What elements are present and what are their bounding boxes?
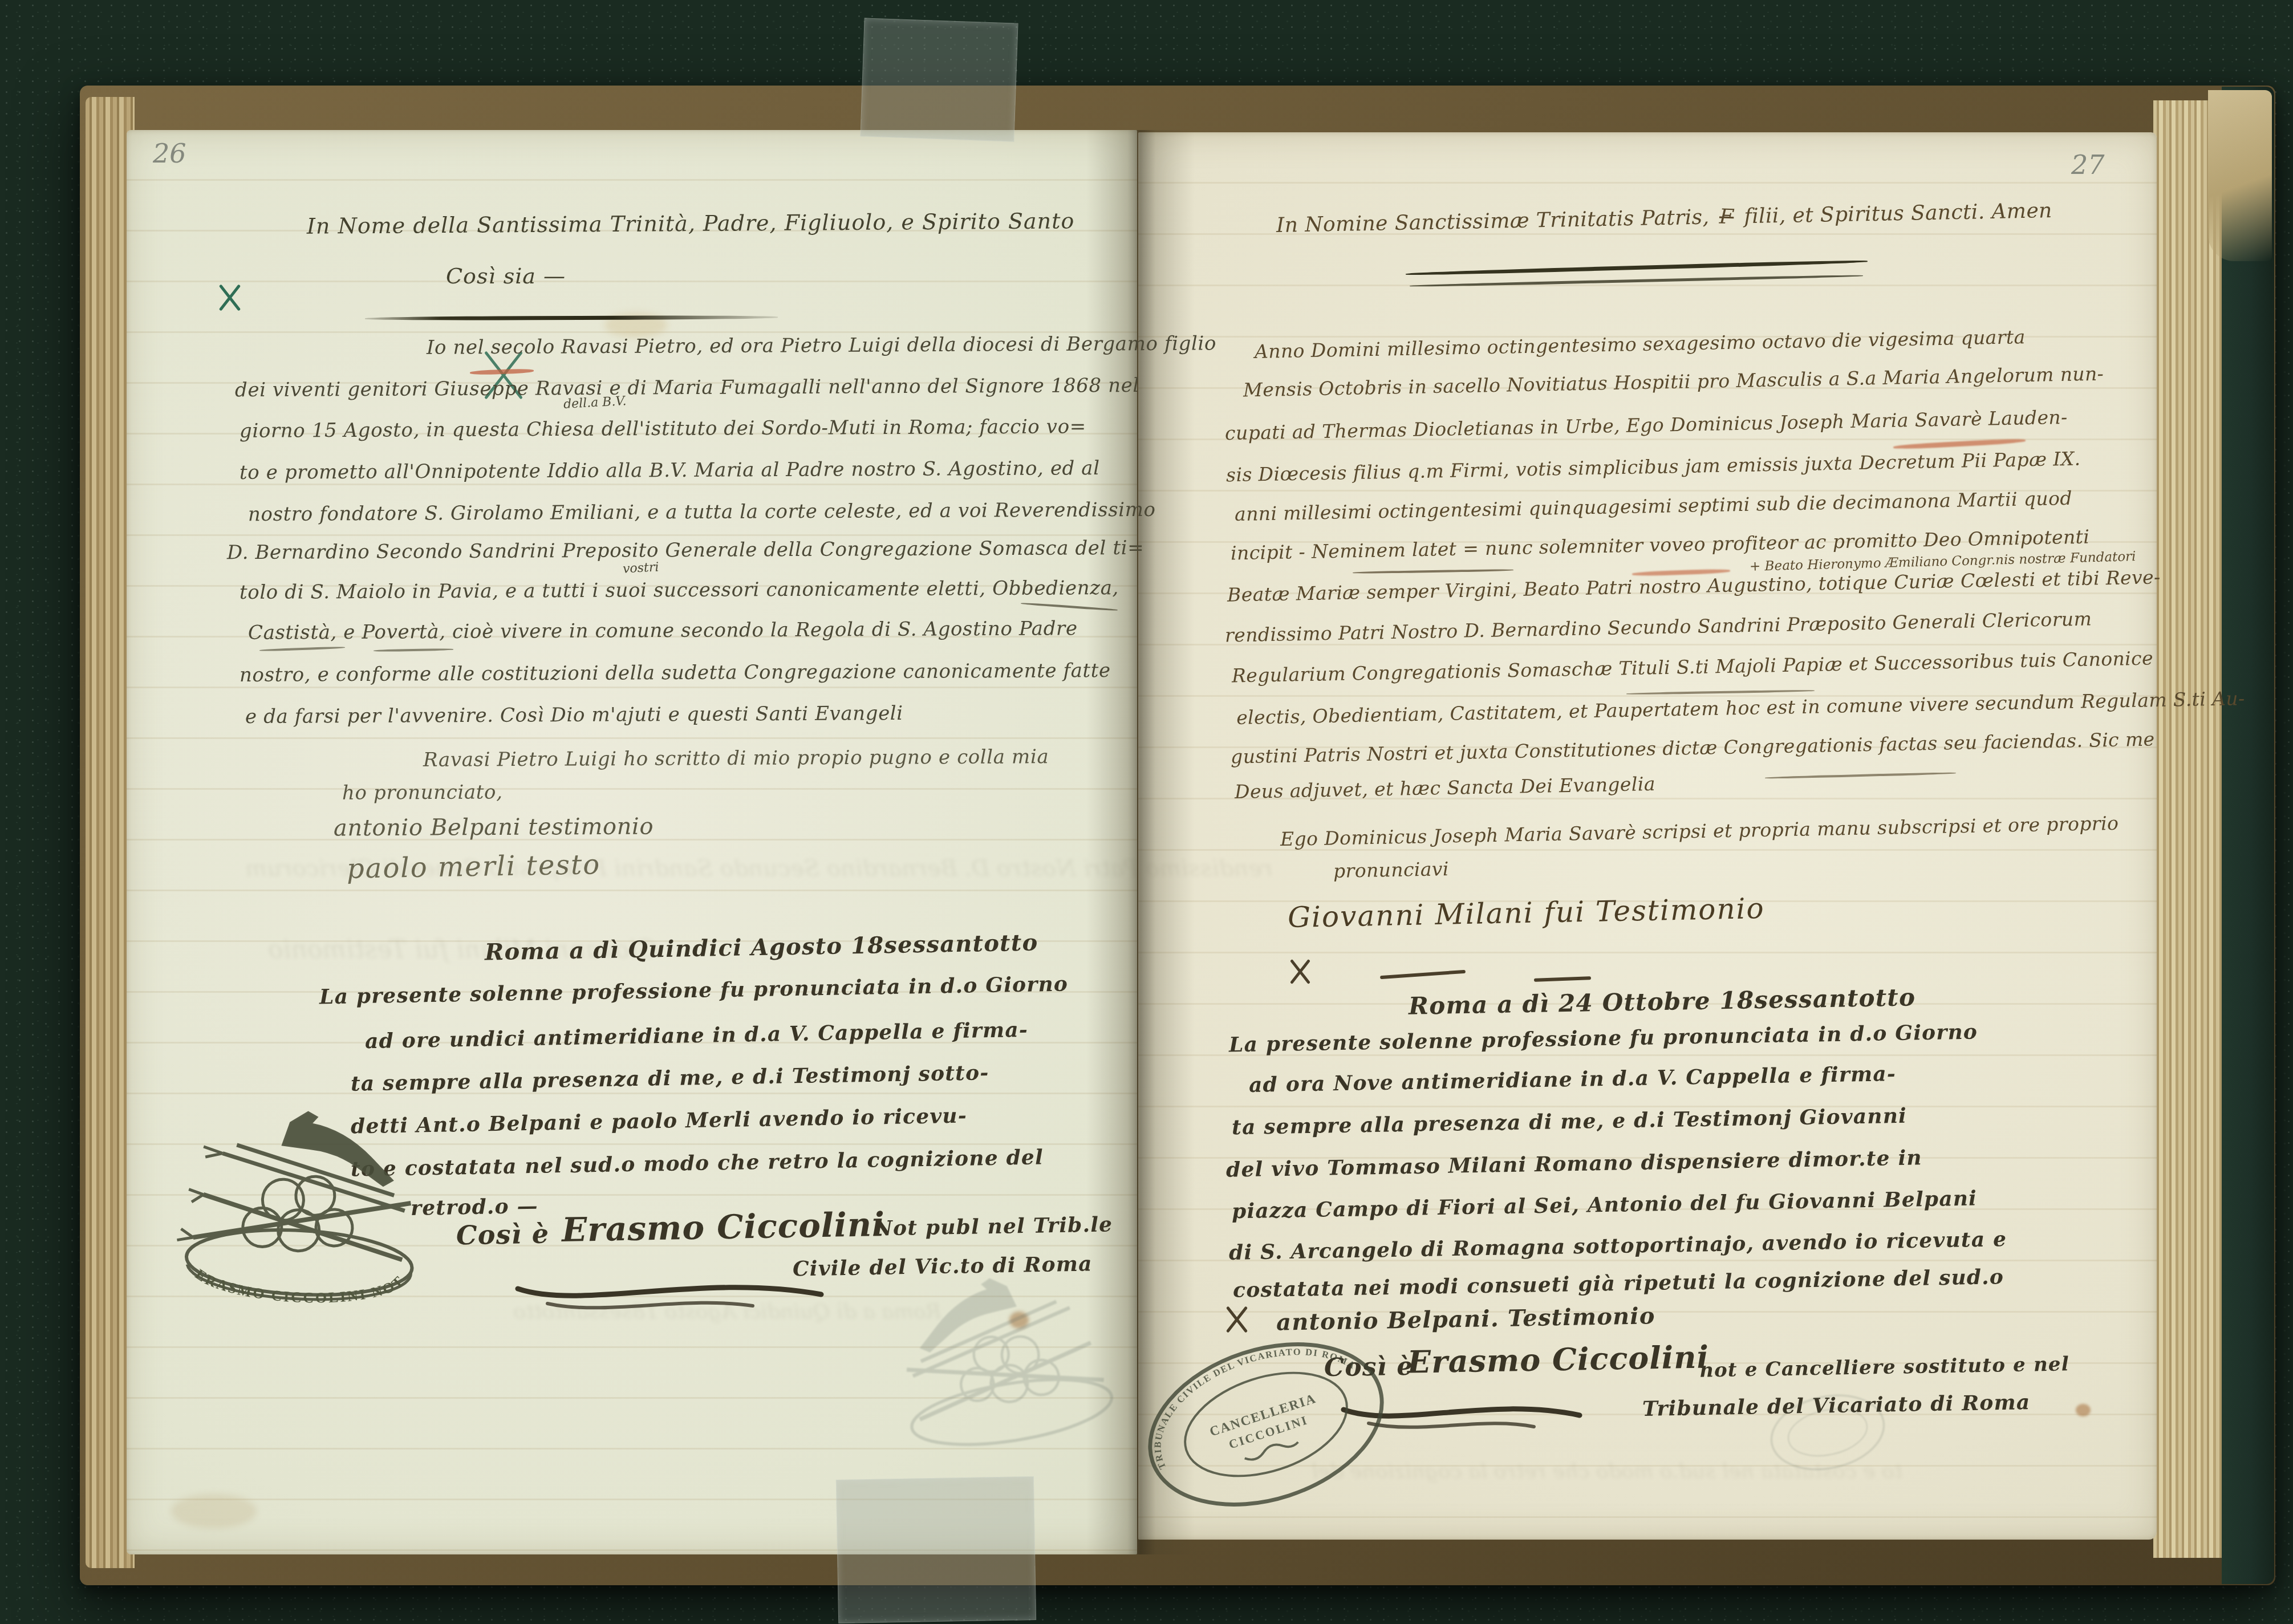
- manuscript-line: nostro fondatore S. Girolamo Emiliani, e…: [248, 498, 1156, 526]
- cancelled-word: F: [1716, 205, 1738, 229]
- subscription-line: pronunciavi: [1333, 858, 1450, 882]
- manuscript-line: nostro, e conforme alle costituzioni del…: [240, 659, 1111, 687]
- notary-signature-name: Erasmo Ciccolini: [1407, 1338, 1709, 1380]
- notary-signature-prefix: Così è: [456, 1219, 550, 1251]
- manuscript-line: Io nel secolo Ravasi Pietro, ed ora Piet…: [427, 332, 1216, 359]
- witness-signature: antonio Belpani testimonio: [334, 814, 654, 842]
- manuscript-line: e da farsi per l'avvenire. Così Dio m'aj…: [245, 702, 903, 728]
- book-cover-right-board: [2222, 87, 2274, 1584]
- ink-x-mark: [1290, 957, 1310, 986]
- manuscript-line: tolo di S. Maiolo in Pavia, e a tutti i …: [240, 576, 1119, 604]
- manuscript-line: to e prometto all'Onnipotente Iddio alla…: [240, 457, 1100, 484]
- worn-corner: [2208, 90, 2272, 261]
- notary-signature-title: Not publ nel Trib.le: [874, 1212, 1113, 1240]
- stain: [2076, 1404, 2091, 1416]
- bird-icon: [281, 1111, 396, 1186]
- manuscript-line: giorno 15 Agosto, in questa Chiesa dell'…: [240, 415, 1086, 442]
- witness-signature: paolo merli testo: [347, 848, 601, 885]
- left-heading-line2: Così sia —: [446, 263, 566, 289]
- signature-flourish: [513, 1268, 833, 1319]
- film-strip-bottom: [836, 1476, 1036, 1623]
- ghost-bird-stamp: [867, 1244, 1140, 1479]
- film-strip-top: [860, 18, 1018, 141]
- green-x-margin-mark: [217, 282, 243, 314]
- manuscript-line: Castistà, e Povertà, cioè vivere in comu…: [248, 617, 1078, 644]
- manuscript-line: D. Bernardino Secondo Sandrini Preposito…: [227, 537, 1144, 564]
- page-number-left: 26: [153, 138, 186, 169]
- notary-bird-stamp: ERASMO CICCOLINI NOT.: [160, 1087, 445, 1323]
- attestation-line: ho pronunciato,: [342, 781, 503, 804]
- attestation-line: Ravasi Pietro Luigi ho scritto di mio pr…: [423, 745, 1049, 772]
- ink-x-mark: [1226, 1304, 1248, 1335]
- manuscript-photo: { "colors": { "background": "#1a2b21", "…: [0, 0, 2293, 1624]
- foxing: [171, 1494, 257, 1528]
- notary-signature-name: Erasmo Ciccolini: [561, 1205, 885, 1249]
- interline-insertion: vostri: [622, 560, 659, 576]
- page-stack-right-edge: [2153, 100, 2225, 1558]
- left-heading-line1: In Nome della Santissima Trinità, Padre,…: [307, 208, 1075, 238]
- manuscript-line: dei viventi genitori Giuseppe Ravasi e d…: [235, 374, 1139, 401]
- page-number-right: 27: [2071, 149, 2105, 180]
